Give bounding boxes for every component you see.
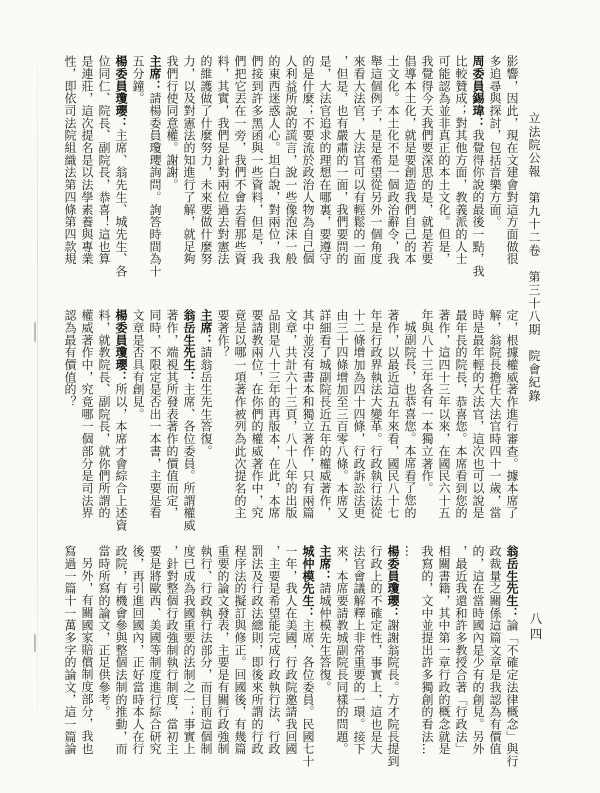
- text-column: 由三十四條增加至三百零八條。本席又: [333, 309, 350, 534]
- gazette-page: 立法院公報 第九十二卷 第三十八期 院會紀錄 八四 影響，因此，現在文建會對這方…: [0, 0, 600, 793]
- text-column: 寫過一篇十一萬多字的論文，這一篇論: [61, 545, 78, 770]
- text-column: 的東西迷惑人心。坦白說，對兩位，我: [265, 55, 282, 280]
- text-column: ，但是，也有嚴肅的一面，我們要問的: [333, 55, 350, 280]
- text-column: 其中並沒有書本和獨立著作，只有兩篇: [299, 309, 316, 534]
- scan-artifact: [34, 322, 36, 342]
- text-column: 最年長的院長，恭喜您。本席看到您的: [452, 309, 469, 534]
- text-column: 行政上的不確定性，事實上，這也是大: [367, 545, 384, 770]
- text-column: 罰法及行政法總則，即後來所謂的行政: [248, 545, 265, 770]
- text-column: 品則是八十三年的再版本，在此，本席: [265, 309, 282, 534]
- scan-crease-line: [37, 10, 38, 783]
- running-head: 立法院公報 第九十二卷 第三十八期 院會紀錄: [525, 112, 543, 402]
- speaker-name: 楊委員瓊瓔：: [114, 55, 128, 129]
- text-column: 竟是以哪一項著作被列為此次提名的主: [231, 309, 248, 534]
- speaker-name: 翁岳生先生：: [182, 309, 196, 383]
- text-column: 文章，共計六十三頁，八十八年的出版: [282, 309, 299, 534]
- text-column: 翁岳生先生：論「不確定法律概念」與行: [503, 545, 520, 770]
- text-column: 位同仁、院長、副院長，恭喜！這也算: [95, 55, 112, 280]
- text-column: 著作，這四十三年以來，在國民六十五: [435, 309, 452, 534]
- text-column: 料，就教院長、副院長，就你們所謂的: [95, 309, 112, 534]
- text-column: 度已成為我國重要的法制之一；事實上: [180, 545, 197, 770]
- text-column: 十二條增加為四十四條，行政訴訟法更: [350, 309, 367, 534]
- text-column: 的，這在當時國內是少有的創見。另外: [469, 545, 486, 770]
- text-column: 我們行使同意權。謝謝。: [163, 55, 180, 280]
- text-column: 楊委員瓊瓔：主席、翁先生、城先生、各: [112, 55, 129, 280]
- text-column: 要請教兩位，在你們的權威著作中，究: [248, 309, 265, 534]
- text-column: ，針對整個行政強制執行制度，當初主: [163, 545, 180, 770]
- text-column: 後，再引進回國內，正好當時本人在行: [129, 545, 146, 770]
- speaker-name: 主席：: [148, 55, 162, 92]
- text-column: 要著作？: [214, 309, 231, 534]
- speaker-name: 翁岳生先生：: [505, 545, 519, 619]
- text-column: 著作，端視其所發表著作的價值而定，: [163, 309, 180, 534]
- text-column: 一年，我人在美國，行政院邀請我回國: [282, 545, 299, 770]
- text-column: 法官會議解釋上非常重要的一環。接下: [350, 545, 367, 770]
- text-column: 同時，不限定是否出一本書，主要是看: [146, 309, 163, 534]
- text-column: 著作，以最近這五年來看，國民八十七: [384, 309, 401, 534]
- text-column: 是連莊，這次提名是以法學素養與專業: [78, 55, 95, 280]
- text-column: 政院，有機會參與整個法制的推動，而: [112, 545, 129, 770]
- text-column: 城副院長，也恭喜您。本席看了您的: [401, 309, 418, 534]
- text-column: 們接到許多黑函與一些資料，但是，我: [248, 55, 265, 280]
- text-column: 我覺得今天我們要深思的是，就是若要: [418, 55, 435, 280]
- text-column: ，最近我還和許多教授合著「行政法」: [452, 545, 469, 770]
- speaker-name: 楊委員瓊瓔：: [386, 545, 400, 619]
- text-column: 執行、行政執行法部分，而目前這個制: [197, 545, 214, 770]
- text-column: 相關書籍，其中第一章行政的概念就是: [435, 545, 452, 770]
- text-register-top: 影響，因此，現在文建會對這方面做很多追尋與探討，包括音樂方面。周委員錫瑋：我覺得…: [61, 55, 520, 280]
- text-column: 文章是否具有創見。: [129, 309, 146, 534]
- text-column: 主席：請楊委員瓊瓔詢問。詢答時間為十: [146, 55, 163, 280]
- text-column: 舉這個例子，是是希望從另外一個角度: [367, 55, 384, 280]
- text-column: 倡導本土化，就是要創造我們自己的本: [401, 55, 418, 280]
- text-column: 的是什麼；不要流於政治人物為自己個: [299, 55, 316, 280]
- text-column: 五分鐘。: [129, 55, 146, 280]
- text-column: 年是行政界執法大變革。行政執行法從: [367, 309, 384, 534]
- text-column: 性，即依司法院組織法第四條第四款規: [61, 55, 78, 280]
- text-column: 我寫的，文中並提出許多獨創的看法…: [418, 545, 435, 770]
- text-column: 詳細看了城副院長近五年的權威著作，: [316, 309, 333, 534]
- text-column: 主席：請翁岳生先生答復。: [197, 309, 214, 534]
- text-column: 城仲模先生：主席、各位委員。民國七十: [299, 545, 316, 770]
- speaker-name: 主席：: [199, 309, 213, 346]
- text-column: 的維護做了什麼努力，未來要做什麼努: [197, 55, 214, 280]
- text-column: 楊委員瓊瓔：謝謝翁院長。方才院長提到: [384, 545, 401, 770]
- text-column: 解，翁院長擔任大法官時四十一歲，當: [486, 309, 503, 534]
- text-column: 程序法的擬訂與修正。回國後，有幾篇: [231, 545, 248, 770]
- text-column: ，主要是希望能完成行政執行法、行政: [265, 545, 282, 770]
- text-column: 人利益所說的謊言，說一些像泡沫一般: [282, 55, 299, 280]
- page-number: 八四: [526, 612, 544, 643]
- text-column: 們把它丟在一旁，我們不會去看那些資: [231, 55, 248, 280]
- text-column: 認為最有價值的？: [61, 309, 78, 534]
- speaker-name: 城仲模先生：: [301, 545, 315, 619]
- text-column: 是，大法官追求的理想在哪裏，要遵守: [316, 55, 333, 280]
- text-column: 主席：請城仲模先生答復。: [316, 545, 333, 770]
- speaker-name: 周委員錫瑋：: [471, 55, 485, 129]
- text-column: 料，其實，我們是針對兩位過去對憲法: [214, 55, 231, 280]
- text-column: 權威著作中，究竟哪一個部分是司法界: [78, 309, 95, 534]
- text-column: 多追尋與探討，包括音樂方面。: [486, 55, 503, 280]
- speaker-name: 主席：: [318, 545, 332, 582]
- text-column: 另外，有關國家賠償制度部分，我也: [78, 545, 95, 770]
- text-column: 楊委員瓊瓔：所以，本席才會綜合上述資: [112, 309, 129, 534]
- text-register-middle: 定，根據權威著作進行審查。據本席了解，翁院長擔任大法官時四十一歲，當時是最年輕的…: [61, 309, 520, 534]
- text-column: 重要的論文發表，主要是有關行政強制: [214, 545, 231, 770]
- text-column: 定，根據權威著作進行審查。據本席了: [503, 309, 520, 534]
- text-column: 年與八十三年各有一本獨立著作。: [418, 309, 435, 534]
- text-column: 土文化。本土化不是一個政治辭令，我: [384, 55, 401, 280]
- text-column: 來看大法官，大法官可以有輕鬆的一面: [350, 55, 367, 280]
- text-column: 當時所寫的論文，正足供參考。: [95, 545, 112, 770]
- text-column: 時是最年輕的大法官，這次也可以說是: [469, 309, 486, 534]
- text-column: 翁岳生先生：主席、各位委員。所謂權威: [180, 309, 197, 534]
- speaker-name: 楊委員瓊瓔：: [114, 309, 128, 383]
- text-column: 要是將歐西、美國等制度進行綜合研究: [146, 545, 163, 770]
- scan-artifact: [34, 634, 36, 652]
- text-column: 來，本席要請教城副院長同樣的問題。: [333, 545, 350, 770]
- text-column: 政裁量之關係這篇文章是我認為有價值: [486, 545, 503, 770]
- text-column: 影響，因此，現在文建會對這方面做很: [503, 55, 520, 280]
- text-column: 周委員錫瑋：我覺得你說的最後一點，我: [469, 55, 486, 280]
- text-register-bottom: 翁岳生先生：論「不確定法律概念」與行政裁量之關係這篇文章是我認為有價值的，這在當…: [61, 545, 520, 770]
- text-column: 比較贊成；對其他方面，教義派的人士: [452, 55, 469, 280]
- text-column: 力，以及對憲法的知進行了解，就足夠: [180, 55, 197, 280]
- text-column: 可能認為並非真正的本土文化。但是，: [435, 55, 452, 280]
- text-column: …: [401, 545, 418, 770]
